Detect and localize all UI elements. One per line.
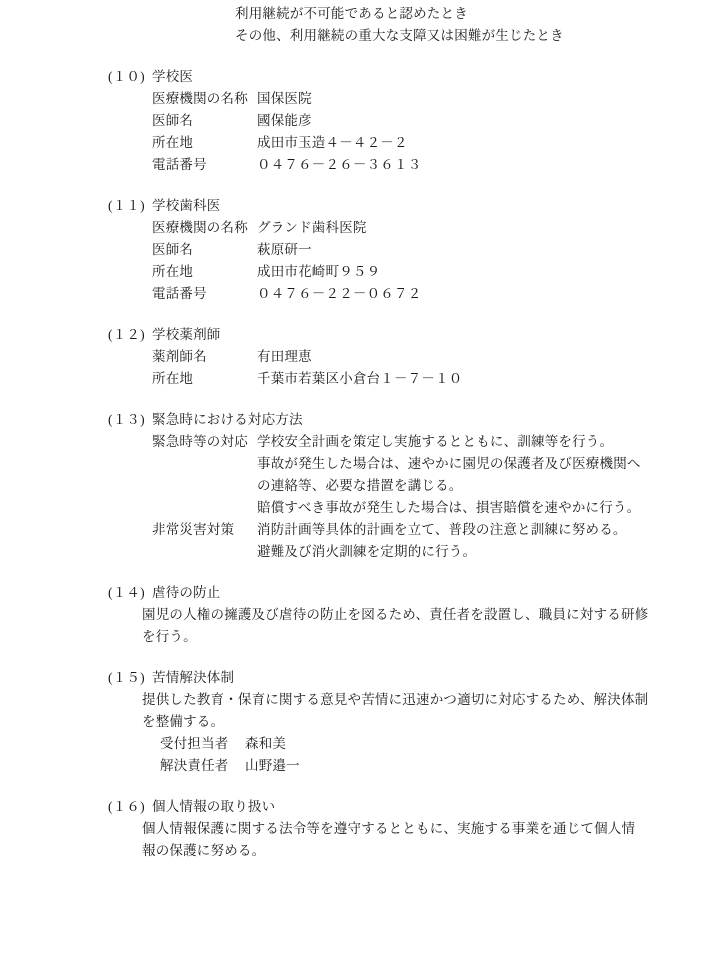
- body-text-line: 個人情報保護に関する法令等を遵守するとともに、実施する事業を通じて個人情: [0, 818, 724, 840]
- field-row: 所在地 成田市花崎町９５９: [0, 261, 724, 283]
- body-text-line: 園児の人権の擁護及び虐待の防止を図るため、責任者を設置し、職員に対する研修: [0, 604, 724, 626]
- field-label: 所在地: [152, 261, 257, 283]
- field-row: 医師名 萩原研一: [0, 239, 724, 261]
- section-header: (１０)学校医: [0, 66, 724, 88]
- field-value-continuation: の連絡等、必要な措置を講じる。: [0, 475, 724, 497]
- field-row: 電話番号 ０４７６－２２－０６７２: [0, 283, 724, 305]
- section-title: 緊急時における対応方法: [152, 412, 303, 427]
- intro-line: その他、利用継続の重大な支障又は困難が生じたとき: [0, 25, 724, 47]
- section-school-doctor: (１０)学校医 医療機関の名称 国保医院 医師名 國保能彦 所在地 成田市玉造４…: [0, 66, 724, 176]
- section-number: (１２): [108, 324, 152, 346]
- field-row: 所在地 千葉市若葉区小倉台１－７－１０: [0, 368, 724, 390]
- body-text-line: を整備する。: [0, 711, 724, 733]
- section-header: (１５)苦情解決体制: [0, 667, 724, 689]
- field-row: 薬剤師名 有田理恵: [0, 346, 724, 368]
- field-label: 電話番号: [152, 154, 257, 176]
- section-number: (１３): [108, 409, 152, 431]
- contact-row: 受付担当者 森和美: [0, 733, 724, 755]
- field-value: 消防計画等具体的計画を立て、普段の注意と訓練に努める。: [257, 519, 724, 541]
- contact-row: 解決責任者 山野邉一: [0, 755, 724, 777]
- field-value-continuation: 賠償すべき事故が発生した場合は、損害賠償を速やかに行う。: [0, 497, 724, 519]
- field-label: 所在地: [152, 368, 257, 390]
- field-row: 緊急時等の対応 学校安全計画を策定し実施するとともに、訓練等を行う。: [0, 431, 724, 453]
- field-label: 医療機関の名称: [152, 88, 257, 110]
- section-emergency-response: (１３)緊急時における対応方法 緊急時等の対応 学校安全計画を策定し実施するとと…: [0, 409, 724, 563]
- section-school-pharmacist: (１２)学校薬剤師 薬剤師名 有田理恵 所在地 千葉市若葉区小倉台１－７－１０: [0, 324, 724, 390]
- field-value-continuation: 事故が発生した場合は、速やかに園児の保護者及び医療機関へ: [0, 453, 724, 475]
- section-title: 学校医: [152, 69, 193, 84]
- field-value: 萩原研一: [257, 239, 724, 261]
- field-value: 有田理恵: [257, 346, 724, 368]
- section-number: (１５): [108, 667, 152, 689]
- field-value-continuation: 避難及び消火訓練を定期的に行う。: [0, 541, 724, 563]
- contact-label: 解決責任者: [160, 755, 245, 777]
- section-title: 苦情解決体制: [152, 670, 234, 685]
- section-school-dentist: (１１)学校歯科医 医療機関の名称 グランド歯科医院 医師名 萩原研一 所在地 …: [0, 195, 724, 305]
- field-row: 電話番号 ０４７６－２６－３６１３: [0, 154, 724, 176]
- body-text-line: 提供した教育・保育に関する意見や苦情に迅速かつ適切に対応するため、解決体制: [0, 689, 724, 711]
- section-title: 個人情報の取り扱い: [152, 799, 275, 814]
- section-abuse-prevention: (１４)虐待の防止 園児の人権の擁護及び虐待の防止を図るため、責任者を設置し、職…: [0, 582, 724, 648]
- field-row: 所在地 成田市玉造４－４２－２: [0, 132, 724, 154]
- field-label: 薬剤師名: [152, 346, 257, 368]
- section-header: (１２)学校薬剤師: [0, 324, 724, 346]
- field-value: ０４７６－２６－３６１３: [257, 154, 724, 176]
- section-title: 学校薬剤師: [152, 327, 221, 342]
- body-text-line: を行う。: [0, 626, 724, 648]
- field-label: 医療機関の名称: [152, 217, 257, 239]
- section-number: (１４): [108, 582, 152, 604]
- contact-value: 山野邉一: [245, 755, 724, 777]
- field-value: 国保医院: [257, 88, 724, 110]
- field-value: 学校安全計画を策定し実施するとともに、訓練等を行う。: [257, 431, 724, 453]
- field-row: 医師名 國保能彦: [0, 110, 724, 132]
- field-value: 成田市玉造４－４２－２: [257, 132, 724, 154]
- field-value: グランド歯科医院: [257, 217, 724, 239]
- field-label: 電話番号: [152, 283, 257, 305]
- field-label: 緊急時等の対応: [152, 431, 257, 453]
- field-value: 成田市花崎町９５９: [257, 261, 724, 283]
- field-row: 医療機関の名称 グランド歯科医院: [0, 217, 724, 239]
- section-header: (１１)学校歯科医: [0, 195, 724, 217]
- document-page: 利用継続が不可能であると認めたとき その他、利用継続の重大な支障又は困難が生じた…: [0, 0, 724, 954]
- section-complaint-resolution: (１５)苦情解決体制 提供した教育・保育に関する意見や苦情に迅速かつ適切に対応す…: [0, 667, 724, 777]
- intro-line: 利用継続が不可能であると認めたとき: [0, 3, 724, 25]
- field-value: 千葉市若葉区小倉台１－７－１０: [257, 368, 724, 390]
- section-title: 学校歯科医: [152, 198, 221, 213]
- section-number: (１１): [108, 195, 152, 217]
- section-number: (１６): [108, 796, 152, 818]
- field-value: ０４７６－２２－０６７２: [257, 283, 724, 305]
- field-row: 非常災害対策 消防計画等具体的計画を立て、普段の注意と訓練に努める。: [0, 519, 724, 541]
- contact-value: 森和美: [245, 733, 724, 755]
- section-header: (１３)緊急時における対応方法: [0, 409, 724, 431]
- field-label: 医師名: [152, 110, 257, 132]
- section-title: 虐待の防止: [152, 585, 221, 600]
- field-label: 医師名: [152, 239, 257, 261]
- section-header: (１４)虐待の防止: [0, 582, 724, 604]
- field-value: 國保能彦: [257, 110, 724, 132]
- section-header: (１６)個人情報の取り扱い: [0, 796, 724, 818]
- body-text-line: 報の保護に努める。: [0, 840, 724, 862]
- section-number: (１０): [108, 66, 152, 88]
- section-personal-information: (１６)個人情報の取り扱い 個人情報保護に関する法令等を遵守するとともに、実施す…: [0, 796, 724, 862]
- field-row: 医療機関の名称 国保医院: [0, 88, 724, 110]
- contact-label: 受付担当者: [160, 733, 245, 755]
- field-label: 所在地: [152, 132, 257, 154]
- field-label: 非常災害対策: [152, 519, 257, 541]
